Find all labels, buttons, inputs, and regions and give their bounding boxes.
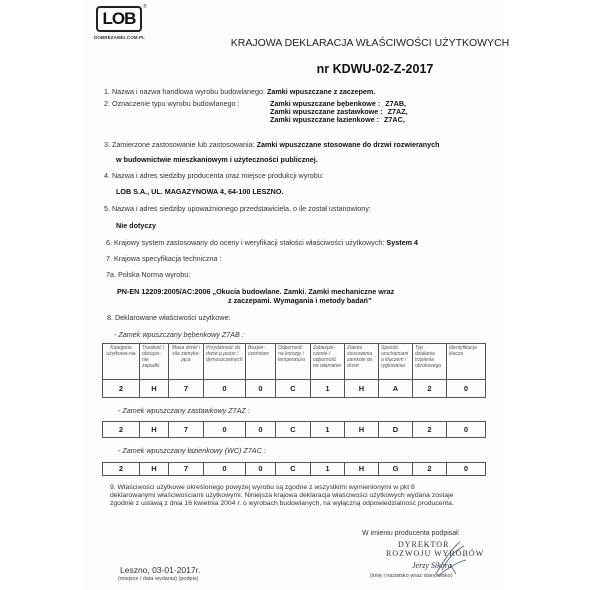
properties-table-z7az: 2 H 7 0 0 C 1 H D 2 0 (102, 421, 486, 438)
table-row: 2 H 7 0 0 C 1 H D 2 0 (103, 422, 486, 438)
registered-mark: ® (143, 4, 147, 10)
section-7a-value-cont: z zaczepami. Wymagania i metody badań" (228, 296, 371, 305)
value-cell: H (140, 380, 169, 398)
value-cell: 1 (311, 422, 345, 438)
section-3-value: Zamki wpuszczane stosowane do drzwi rozw… (257, 140, 440, 149)
value-cell: 0 (447, 463, 486, 476)
section-7-label: 7. Krajowa specyfikacja techniczna : (106, 254, 221, 263)
value-cell: H (345, 422, 379, 438)
value-cell: 2 (413, 463, 447, 476)
signer-name: Jerzy Sikora (412, 561, 452, 570)
value-cell: 0 (204, 463, 246, 476)
value-cell: 0 (204, 380, 246, 398)
section-6: 6. Krajowy system zastosowany do oceny i… (106, 238, 418, 247)
properties-table-z7ac: 2 H 7 0 0 C 1 H G 2 0 (102, 462, 486, 476)
section-9-line-3: zgodnie z ustawą z dnia 16 kwietnia 2004… (110, 500, 454, 507)
value-cell: C (276, 463, 311, 476)
section-1: 1. Nazwa i nazwa handlowa wyrobu budowla… (104, 87, 375, 96)
value-cell: 1 (311, 380, 345, 398)
value-cell: G (379, 463, 413, 476)
section-1-label: 1. Nazwa i nazwa handlowa wyrobu budowla… (104, 87, 265, 96)
lob-logo: LOB (96, 6, 142, 32)
item-code: Z7AC, (384, 115, 405, 124)
value-cell: A (379, 380, 413, 398)
section-7a-value: PN-EN 12209:2005/AC:2006 „Okucia budowla… (117, 287, 394, 296)
signer-caption: (imię i nazwisko wraz stanowisko) (370, 573, 453, 579)
value-cell: C (276, 422, 311, 438)
section-9-line-2: deklarowanymi właściwościami użytkowymi.… (110, 492, 453, 499)
header-cell: Identyfikacja klucza (447, 344, 486, 380)
header-cell: Kategoria użytkowa-nia (103, 344, 140, 380)
place-date: Leszno, 03-01-2017r. (120, 565, 200, 575)
value-cell: H (345, 380, 379, 398)
section-9-line-1: 9. Właściwości użytkowe określonego powy… (110, 484, 415, 491)
value-cell: 0 (447, 380, 486, 398)
header-cell: Zabezpie-czenie / odporność na włamanie (311, 344, 345, 380)
section-4-label: 4. Nazwa i adres siedziby producenta ora… (104, 171, 324, 180)
value-cell: 2 (103, 422, 140, 438)
value-cell: 0 (246, 463, 276, 476)
product-2-label: - Zamek wpuszczany zastawkowy Z7AZ : (118, 406, 250, 415)
table-row: 2 H 7 0 0 C 1 H A 2 0 (103, 380, 486, 398)
place-date-caption: (miejsce i data wydania) (podpis) (118, 576, 198, 582)
section-8-label: 8. Deklarowane właściwości użytkowe: (107, 313, 230, 322)
value-cell: 0 (246, 380, 276, 398)
section-3: 3. Zamierzone zastosowanie lub zastosowa… (104, 140, 440, 149)
header-cell: Odporność na korozję / temperatura (276, 344, 311, 380)
value-cell: 0 (447, 422, 486, 438)
value-cell: H (345, 463, 379, 476)
section-2-item-3: Zamki wpuszczane łazienkowe : Z7AC, (270, 115, 405, 124)
logo-text: LOB (103, 9, 136, 29)
section-6-value: System 4 (386, 238, 418, 247)
header-cell: Zakres stosowania zamków do drzwi (345, 344, 379, 380)
product-3-label: - Zamek wpuszczany łazienkowy (WC) Z7AC … (118, 446, 266, 455)
product-1-label: - Zamek wpuszczany bębenkowy Z7AB : (114, 330, 244, 339)
value-cell: H (140, 422, 169, 438)
value-cell: 0 (246, 422, 276, 438)
section-1-value: Zamki wpuszczane z zaczepem. (267, 87, 375, 96)
signed-by-label: W imieniu producenta podpisał: (362, 530, 460, 537)
value-cell: 7 (169, 422, 204, 438)
section-3-value-cont: w budownictwie mieszkaniowym i użyteczno… (116, 155, 318, 164)
section-3-label: 3. Zamierzone zastosowanie lub zastosowa… (104, 140, 255, 149)
section-7a-label: 7a. Polska Norma wyrobu: (106, 270, 190, 279)
section-2-label: 2. Oznaczenie typu wyrobu budowlanego : (104, 99, 239, 108)
document-number: nr KDWU-02-Z-2017 (0, 62, 590, 76)
value-cell: C (276, 380, 311, 398)
value-cell: 1 (311, 463, 345, 476)
value-cell: 0 (204, 422, 246, 438)
section-5-label: 5. Nazwa i adres siedziby upoważnionego … (104, 204, 371, 213)
header-cell: Typ działania trzpienia obrotowego (413, 344, 447, 380)
header-cell: Sposób uruchamiani a kluczem / ryglowani… (379, 344, 413, 380)
value-cell: 2 (103, 380, 140, 398)
value-cell: H (140, 463, 169, 476)
table-row: 2 H 7 0 0 C 1 H G 2 0 (103, 463, 486, 476)
table-header-row: Kategoria użytkowa-nia Trwałość i obciąż… (103, 344, 486, 380)
header-cell: Trwałość i obciąże-nie zapadki (140, 344, 169, 380)
section-6-label: 6. Krajowy system zastosowany do oceny i… (106, 238, 384, 247)
value-cell: 2 (413, 422, 447, 438)
value-cell: D (379, 422, 413, 438)
section-5-value: Nie dotyczy (116, 221, 156, 230)
properties-table-z7ab: Kategoria użytkowa-nia Trwałość i obciąż… (102, 343, 486, 398)
document-title: KRAJOWA DEKLARACJA WŁAŚCIWOŚCI UŻYTKOWYC… (0, 37, 590, 49)
header-cell: Przydatność do drzwi p.pożar / dymoszcze… (204, 344, 246, 380)
value-cell: 2 (103, 463, 140, 476)
value-cell: 7 (169, 380, 204, 398)
header-cell: Bezpie-czeństwo (246, 344, 276, 380)
value-cell: 7 (169, 463, 204, 476)
header-cell: Masa drzwi i siła zamyka-jąca (169, 344, 204, 380)
value-cell: 2 (413, 380, 447, 398)
item-name: Zamki wpuszczane łazienkowe : (270, 115, 379, 124)
section-4-value: LOB S.A., UL. MAGAZYNOWA 4, 64-100 LESZN… (116, 187, 283, 196)
